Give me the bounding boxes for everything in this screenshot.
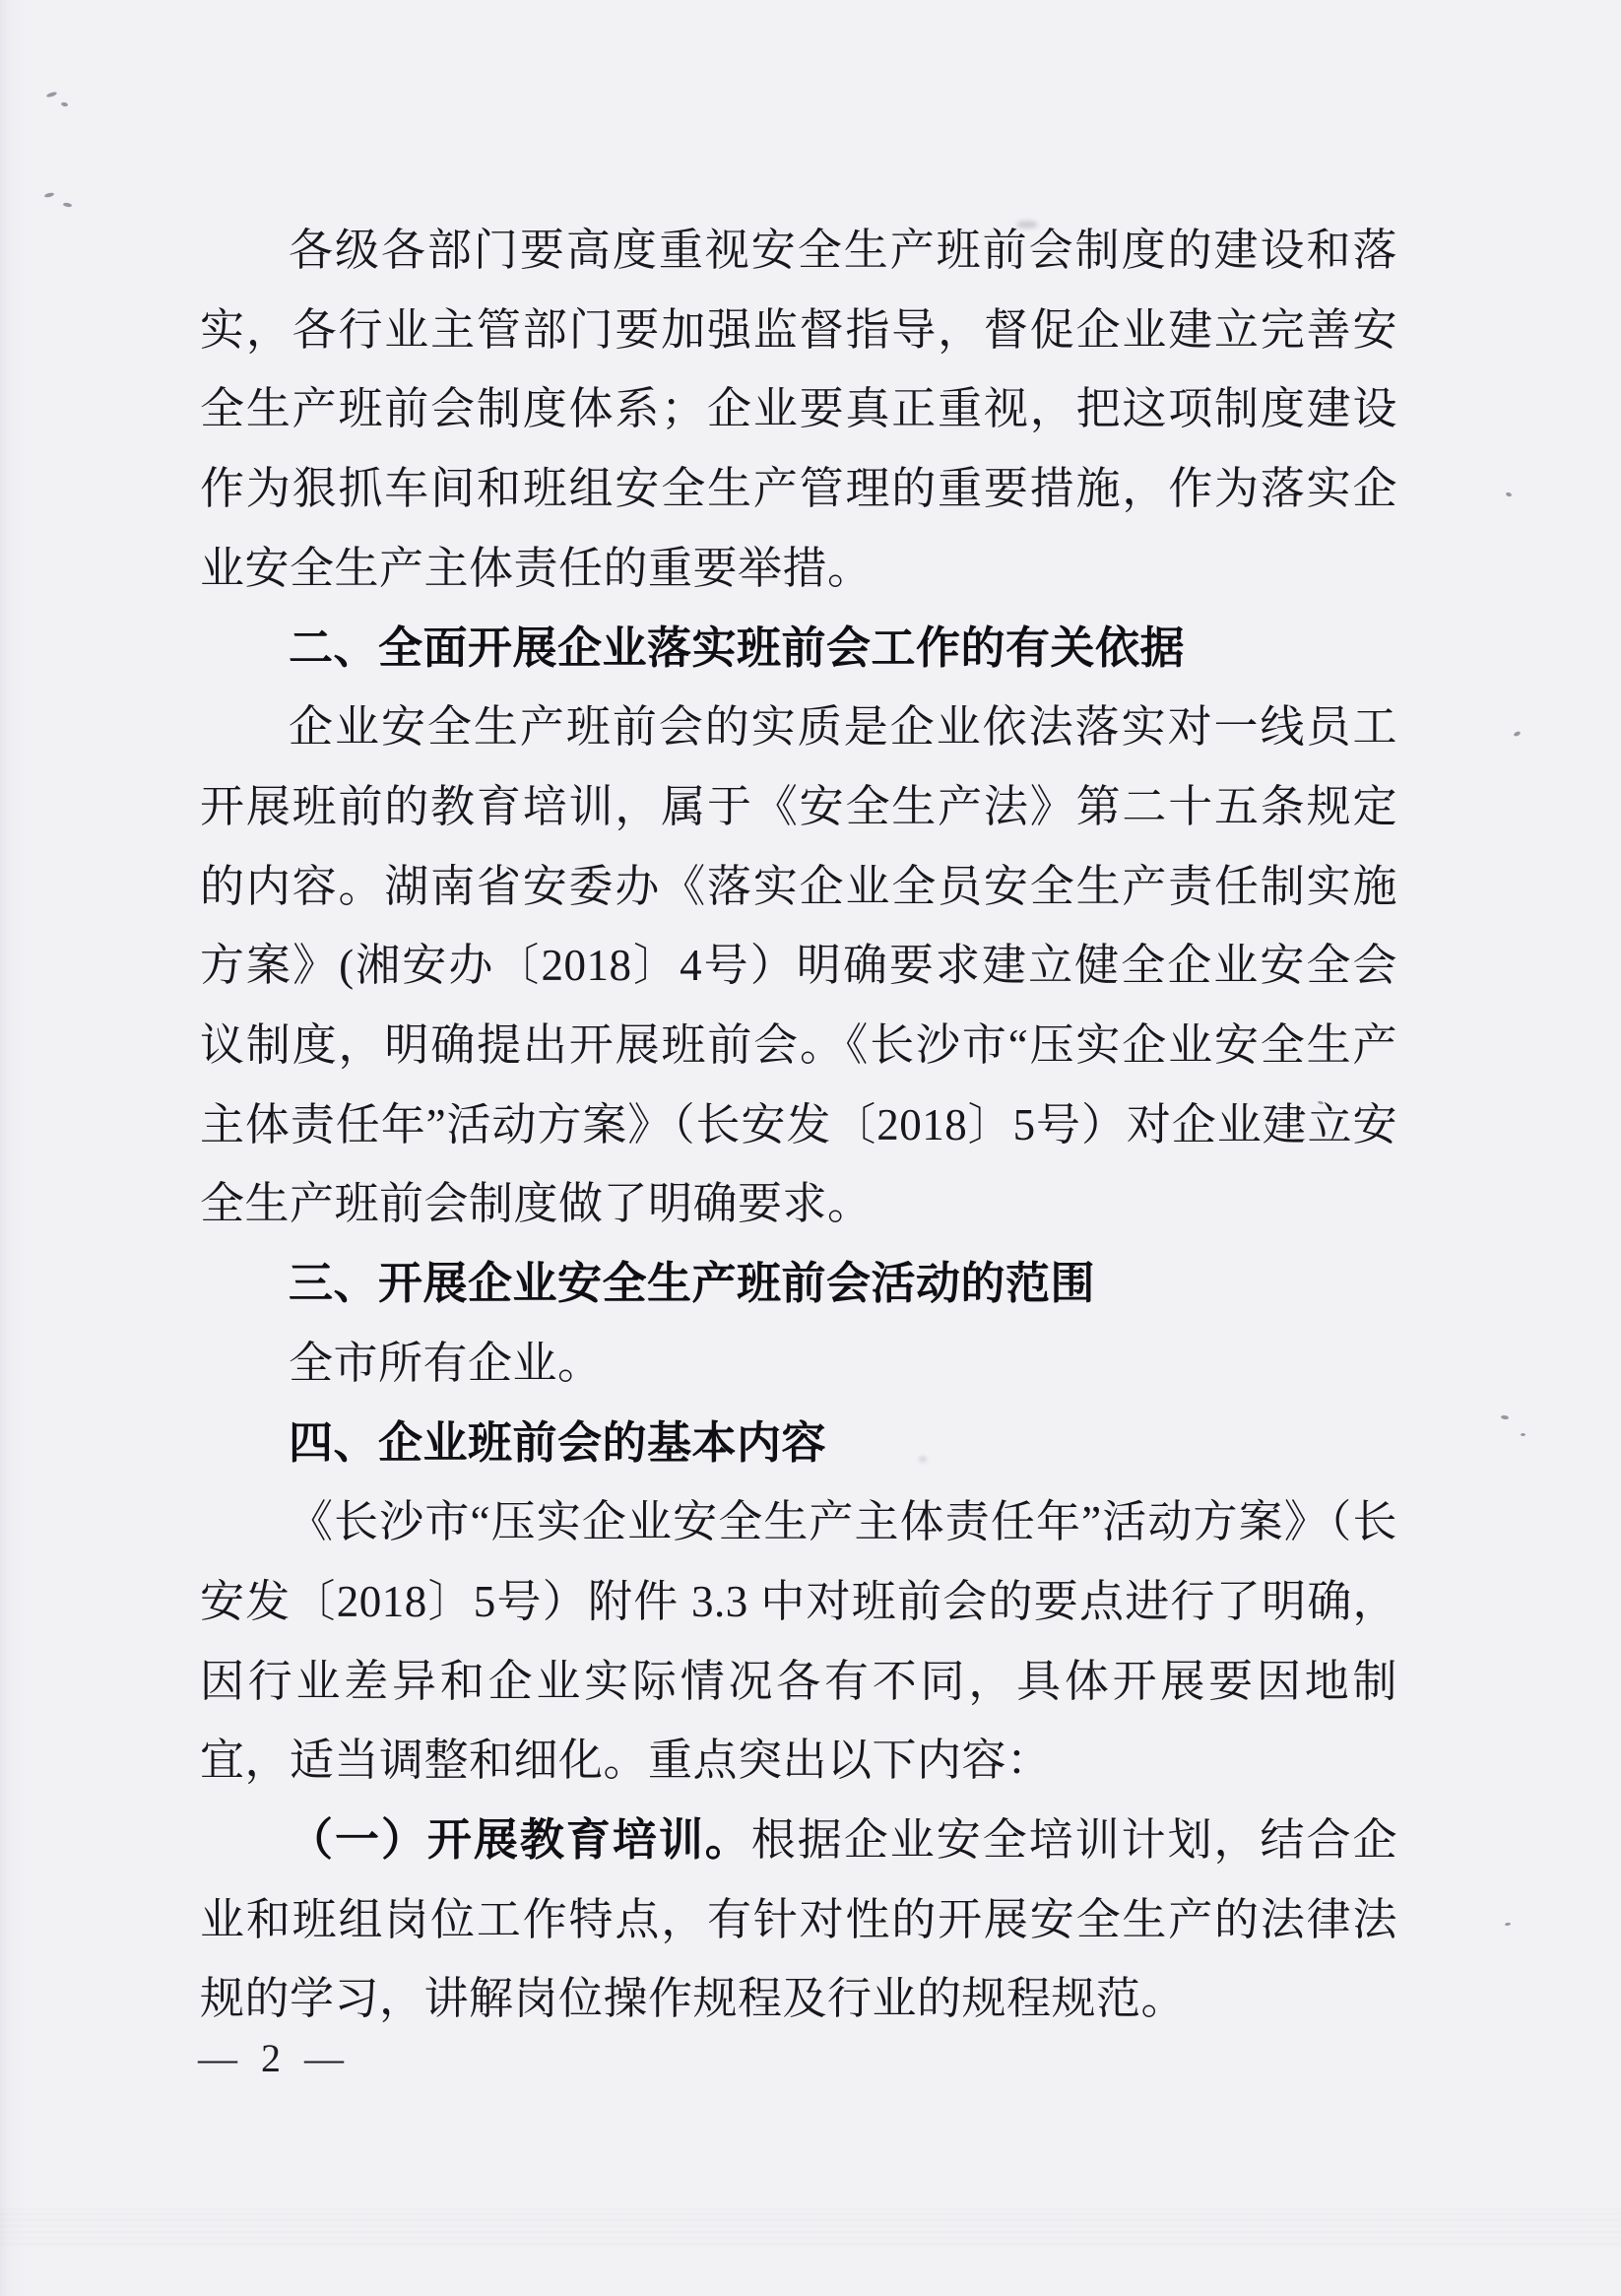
section-heading-3: 三、开展企业安全生产班前会活动的范围 bbox=[200, 1244, 1397, 1324]
paragraph-5-lead: （一）开展教育培训。 bbox=[289, 1814, 751, 1865]
scan-artifact bbox=[1505, 492, 1512, 497]
scan-noise-band bbox=[0, 2208, 1621, 2248]
scan-artifact bbox=[44, 192, 55, 198]
paragraph-2: 企业安全生产班前会的实质是企业依法落实对一线员工开展班前的教育培训，属于《安全生… bbox=[200, 688, 1397, 1244]
scan-artifact bbox=[61, 101, 69, 106]
paragraph-1: 各级各部门要高度重视安全生产班前会制度的建设和落实，各行业主管部门要加强监督指导… bbox=[200, 211, 1397, 609]
scan-artifact bbox=[1513, 731, 1521, 738]
scan-artifact bbox=[1521, 1433, 1525, 1436]
page-number: — 2 — bbox=[198, 2035, 351, 2081]
section-heading-2: 二、全面开展企业落实班前会工作的有关依据 bbox=[200, 609, 1397, 689]
scanned-page: 各级各部门要高度重视安全生产班前会制度的建设和落实，各行业主管部门要加强监督指导… bbox=[0, 0, 1621, 2296]
scan-artifact bbox=[1505, 1923, 1511, 1927]
section-heading-4: 四、企业班前会的基本内容 bbox=[200, 1404, 1397, 1483]
scan-artifact bbox=[1501, 1414, 1509, 1419]
paragraph-3: 全市所有企业。 bbox=[200, 1324, 1397, 1404]
paragraph-5: （一）开展教育培训。根据企业安全培训计划，结合企业和班组岗位工作特点，有针对性的… bbox=[200, 1801, 1397, 2039]
paragraph-4: 《长沙市“压实企业安全生产主体责任年”活动方案》（长安发〔2018〕5号）附件 … bbox=[200, 1482, 1397, 1801]
scan-artifact bbox=[46, 91, 58, 98]
document-body: 各级各部门要高度重视安全生产班前会制度的建设和落实，各行业主管部门要加强监督指导… bbox=[200, 211, 1397, 2039]
scan-artifact bbox=[63, 202, 73, 208]
